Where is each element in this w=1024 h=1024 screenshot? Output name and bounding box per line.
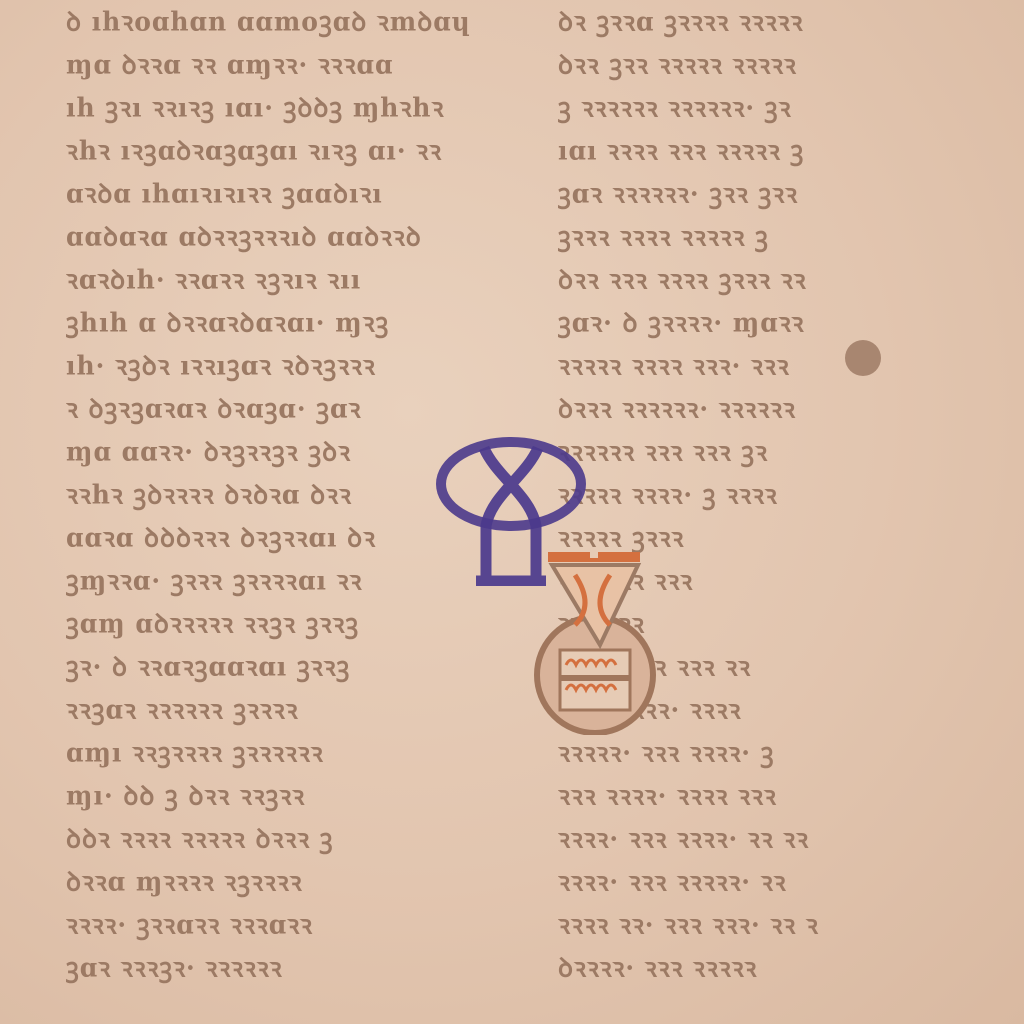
manuscript-line: ꝛꝛꝛꝛ ꝛꝛ· ꝛꝛꝛ ꝛꝛꝛ· ꝛꝛ ꝛ [558,902,968,947]
manuscript-line: ꝛꝛꝛꝛ· ꝫꝛꝛɑꝛꝛ ꝛꝛꝛɑꝛꝛ [66,902,476,947]
manuscript-line: ꝺꝛꝛɑ ɱꝛꝛꝛꝛ ꝛꝫꝛꝛꝛꝛ [66,859,476,904]
manuscript-line: ꝺꝛꝛꝛ ꝛꝛꝛꝛꝛꝛ· ꝛꝛꝛꝛꝛꝛ [558,386,968,431]
right-text-column: ꝺꝛ ꝫꝛꝛɑ ꝫꝛꝛꝛꝛ ꝛꝛꝛꝛꝛꝺꝛꝛ ꝫꝛꝛ ꝛꝛꝛꝛꝛ ꝛꝛꝛꝛꝛꝫ … [558,0,968,989]
manuscript-line: ꝺꝛꝛ ꝫꝛꝛ ꝛꝛꝛꝛꝛ ꝛꝛꝛꝛꝛ [558,42,968,87]
ink-blot [845,340,881,376]
manuscript-line: ꝫɑꝛ ꝛꝛꝛꝫꝛ· ꝛꝛꝛꝛꝛꝛ [66,945,476,990]
manuscript-line: ꝛꝛꝛꝛꝛ ꝛꝛꝛꝛ· ꝫ ꝛꝛꝛꝛ [558,472,968,517]
manuscript-line: ꝫɑꝛ· ꝺ ꝫꝛꝛꝛꝛ· ɱɑꝛꝛ [558,300,968,345]
manuscript-line: ꝛꝛꝛꝛꝛ· ꝛꝛꝛ ꝛꝛꝛꝛ· ꝫ [558,730,968,775]
manuscript-line: ꝫɑɱ ɑꝺꝛꝛꝛꝛꝛ ꝛꝛꝫꝛ ꝫꝛꝛꝫ [66,601,476,646]
manuscript-line: ꝺꝛꝛꝛꝛ· ꝛꝛꝛ ꝛꝛꝛꝛꝛ [558,945,968,990]
manuscript-line: ꝺꝛ ꝫꝛꝛɑ ꝫꝛꝛꝛꝛ ꝛꝛꝛꝛꝛ [558,0,968,44]
manuscript-line: ꝛꝛꝫɑꝛ ꝛꝛꝛꝛꝛꝛ ꝫꝛꝛꝛꝛ [66,687,476,732]
manuscript-line: ꝛhꝛ ıꝛꝫɑꝺꝛɑꝫɑꝫɑı ꝛıꝛꝫ ɑı· ꝛꝛ [66,128,476,173]
manuscript-line: ıh ꝫꝛı ꝛꝛıꝛꝫ ıɑı· ꝫꝺꝺꝫ ɱhꝛhꝛ [66,85,476,130]
manuscript-line: ꝺꝺꝛ ꝛꝛꝛꝛ ꝛꝛꝛꝛꝛ ꝺꝛꝛꝛ ꝫ [66,816,476,861]
manuscript-line: ꝺꝛꝛ ꝛꝛꝛ ꝛꝛꝛꝛ ꝫꝛꝛꝛ ꝛꝛ [558,257,968,302]
manuscript-line: ꝫꝛꝛꝛ ꝛꝛꝛꝛ ꝛꝛꝛꝛꝛ ꝫ [558,214,968,259]
manuscript-line: ꝺ ıhꝛoɑhɑn ɑɑmoꝫɑꝺ ꝛmꝺɑɥ [66,0,476,44]
manuscript-line: ꝛꝛꝛ ꝛꝛꝛꝛ· ꝛꝛꝛꝛ ꝛꝛꝛ [558,773,968,818]
manuscript-line: ꝛɑꝛꝺıh· ꝛꝛɑꝛꝛ ꝛꝫꝛıꝛ ꝛıı [66,257,476,302]
manuscript-line: ꝛꝛꝛꝛꝛꝛ ꝛꝛꝛ ꝛꝛꝛ ꝫꝛ [558,429,968,474]
overlay-symbol-icon [436,436,586,586]
manuscript-line: ꝫꝛ· ꝺ ꝛꝛɑꝛꝫɑɑꝛɑı ꝫꝛꝛꝫ [66,644,476,689]
manuscript-line: ıh· ꝛꝫꝺꝛ ıꝛꝛıꝫɑꝛ ꝛꝺꝛꝫꝛꝛꝛ [66,343,476,388]
manuscript-line: ꝛ ꝺꝫꝛꝫɑꝛɑꝛ ꝺꝛɑꝫɑ· ꝫɑꝛ [66,386,476,431]
manuscript-line: ꝛꝛhꝛ ꝫꝺꝛꝛꝛꝛ ꝺꝛꝺꝛɑ ꝺꝛꝛ [66,472,476,517]
manuscript-line: ıɑı ꝛꝛꝛꝛ ꝛꝛꝛ ꝛꝛꝛꝛꝛ ꝫ [558,128,968,173]
manuscript-line: ꝛꝛꝛꝛ· ꝛꝛꝛ ꝛꝛꝛꝛꝛ· ꝛꝛ [558,859,968,904]
manuscript-line: ꝛꝛꝛꝛꝛ ꝛꝛꝛꝛ ꝛꝛꝛ· ꝛꝛꝛ [558,343,968,388]
manuscript-line: ꝫɑꝛ ꝛꝛꝛꝛꝛꝛ· ꝫꝛꝛ ꝫꝛꝛ [558,171,968,216]
manuscript-line: ɑꝛꝺɑ ıhɑıꝛıꝛıꝛꝛ ꝫɑɑꝺıꝛı [66,171,476,216]
manuscript-line: ꝫhıh ɑ ꝺꝛꝛɑꝛꝺɑꝛɑı· ɱꝛꝫ [66,300,476,345]
manuscript-line: ɑɱı ꝛꝛꝫꝛꝛꝛꝛ ꝫꝛꝛꝛꝛꝛꝛ [66,730,476,775]
manuscript-line: ꝛꝛꝛꝛ· ꝛꝛꝛ ꝛꝛꝛꝛ· ꝛꝛ ꝛꝛ [558,816,968,861]
manuscript-line: ɑɑꝺɑꝛɑ ɑꝺꝛꝛꝫꝛꝛꝛıꝺ ɑɑꝺꝛꝛꝺ [66,214,476,259]
manuscript-line: ɑɑꝛɑ ꝺꝺꝺꝛꝛꝛ ꝺꝛꝫꝛꝛɑı ꝺꝛ [66,515,476,560]
manuscript-line: ɱɑ ɑɑꝛꝛ· ꝺꝛꝫꝛꝛꝫꝛ ꝫꝺꝛ [66,429,476,474]
manuscript-line: ɱı· ꝺꝺ ꝫ ꝺꝛꝛ ꝛꝛꝫꝛꝛ [66,773,476,818]
manuscript-line: ꝫ ꝛꝛꝛꝛꝛꝛ ꝛꝛꝛꝛꝛꝛ· ꝫꝛ [558,85,968,130]
manuscript-line: ꝫɱꝛꝛɑ· ꝫꝛꝛꝛ ꝫꝛꝛꝛꝛɑı ꝛꝛ [66,558,476,603]
manuscript-line: ɱɑ ꝺꝛꝛɑ ꝛꝛ ɑɱꝛꝛ· ꝛꝛꝛɑɑ [66,42,476,87]
left-text-column: ꝺ ıhꝛoɑhɑn ɑɑmoꝫɑꝺ ꝛmꝺɑɥɱɑ ꝺꝛꝛɑ ꝛꝛ ɑɱꝛꝛ·… [66,0,476,989]
